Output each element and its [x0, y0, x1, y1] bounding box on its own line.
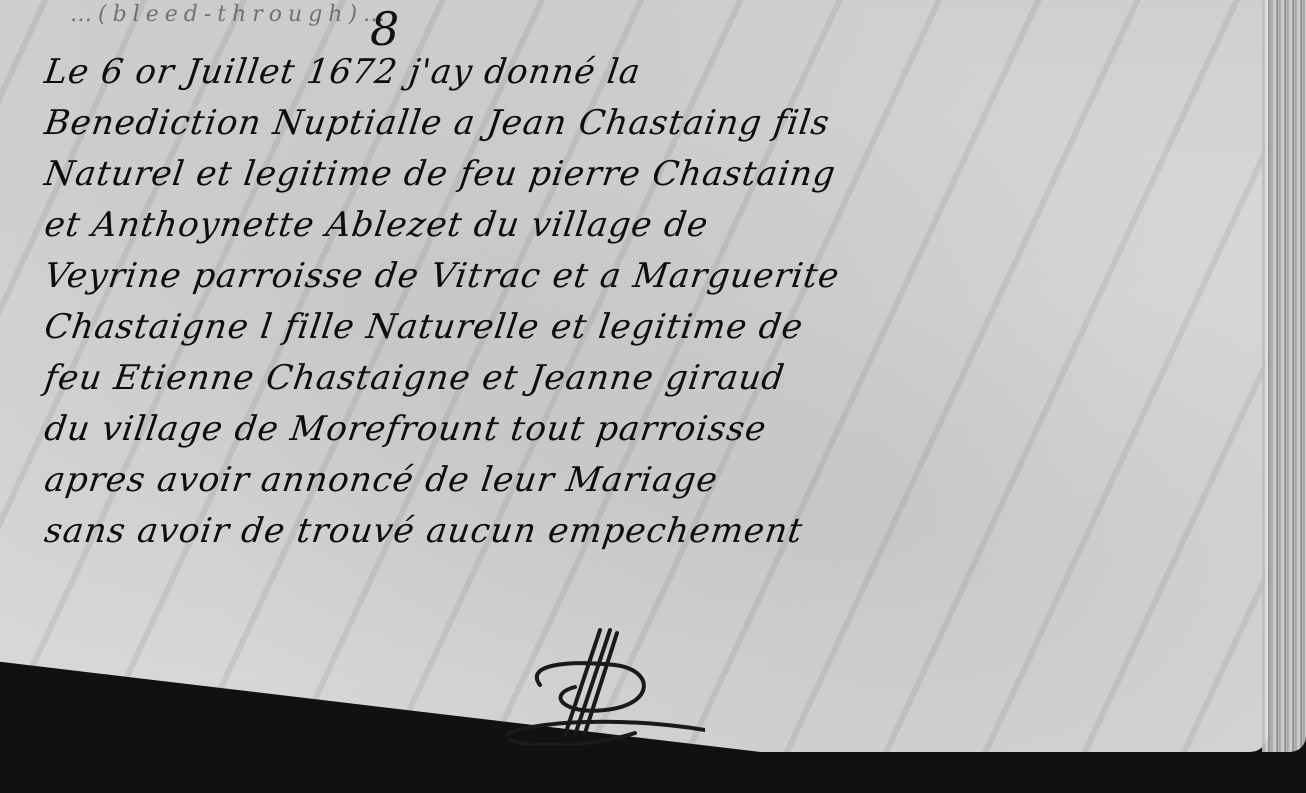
text-line-1: Le 6 or Juillet 1672 j'ay donné la — [40, 52, 1247, 103]
text-line-4: et Anthoynette Ablezet du village de — [40, 205, 1247, 256]
text-line-10: sans avoir de trouvé aucun empechement — [40, 511, 1247, 562]
text-line-2: Benediction Nuptialle a Jean Chastaing f… — [40, 103, 1247, 154]
signature-paraph-icon — [505, 625, 705, 745]
text-line-6: Chastaigne l fille Naturelle et legitime… — [40, 307, 1247, 358]
top-faded-text: …(bleed-through)… — [70, 2, 391, 27]
page-stack-edge — [1262, 0, 1306, 752]
entry-number: 8 — [370, 2, 399, 56]
handwritten-text-block: Le 6 or Juillet 1672 j'ay donné la Bened… — [44, 52, 1244, 562]
text-line-5: Veyrine parroisse de Vitrac et a Marguer… — [40, 256, 1247, 307]
text-line-9: apres avoir annoncé de leur Mariage — [40, 460, 1247, 511]
text-line-3: Naturel et legitime de feu pierre Chasta… — [40, 154, 1247, 205]
text-line-8: du village de Morefrount tout parroisse — [40, 409, 1247, 460]
text-line-7: feu Etienne Chastaigne et Jeanne giraud — [40, 358, 1247, 409]
